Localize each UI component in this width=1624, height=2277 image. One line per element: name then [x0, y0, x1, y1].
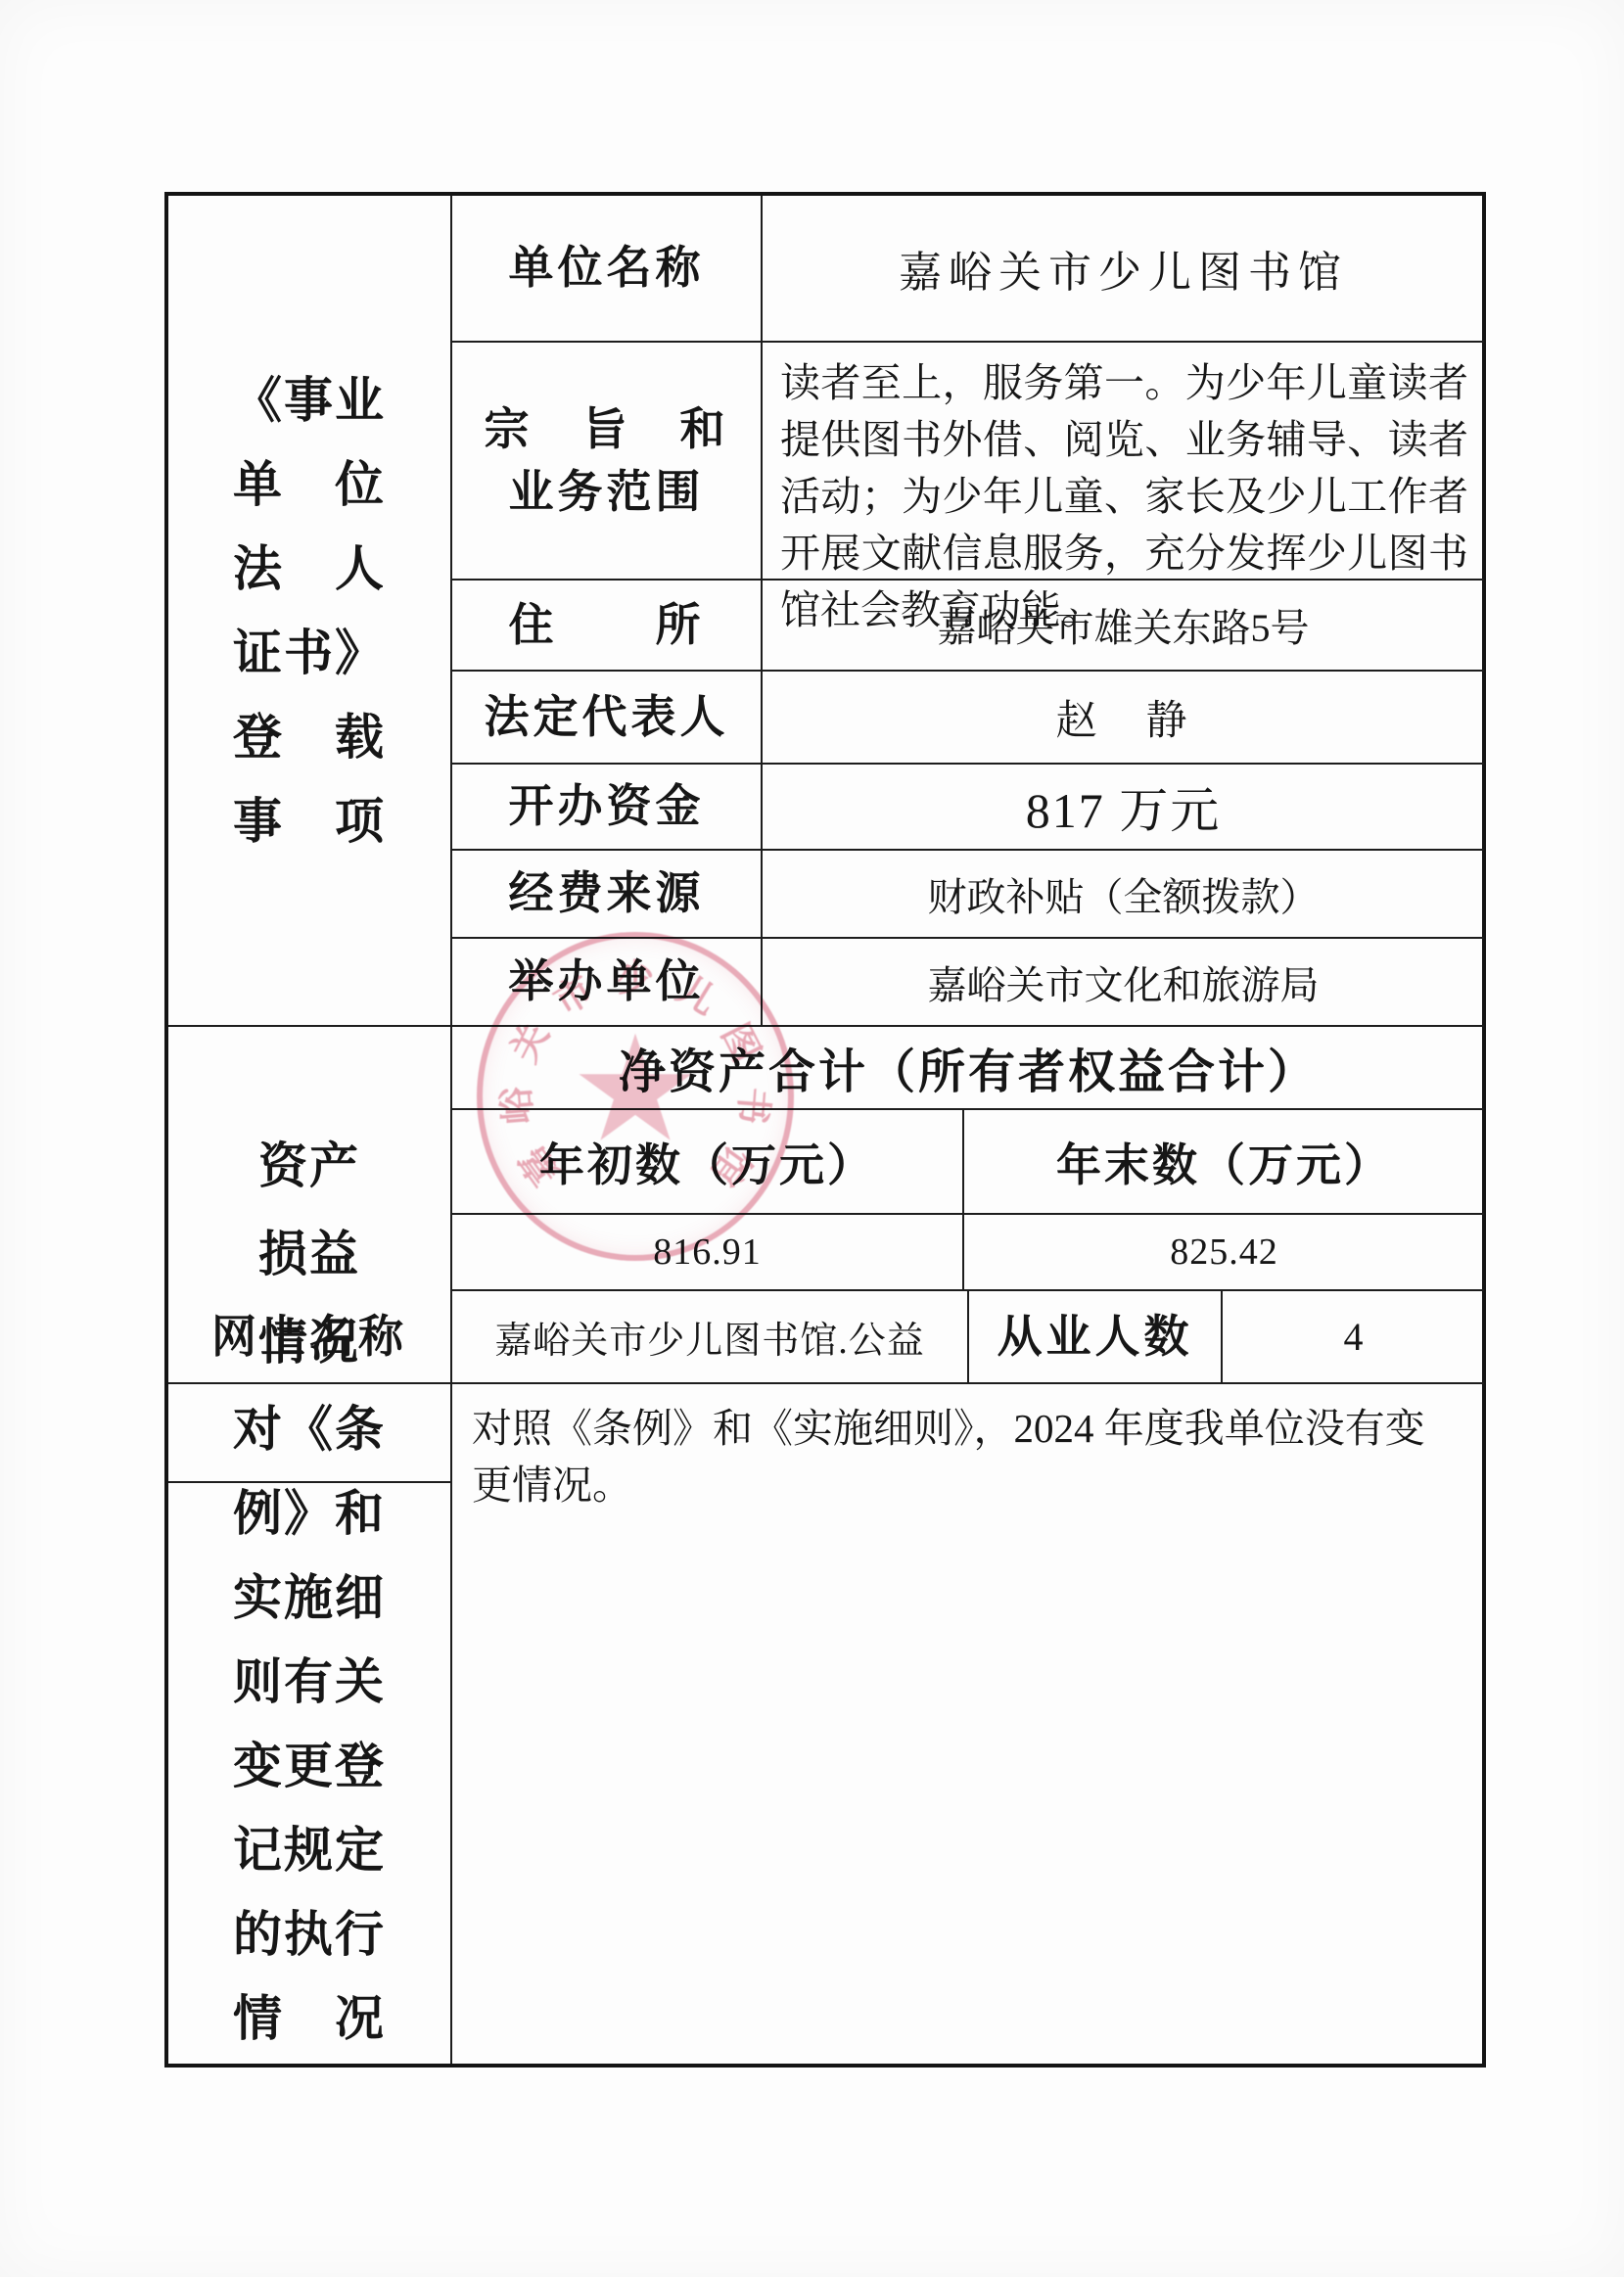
- scanned-document-page: { "doc": { "cert_section_label": "《事业\n单…: [0, 0, 1624, 2277]
- address-label: 住 所: [452, 581, 763, 672]
- year-end-value: 825.42: [964, 1215, 1484, 1291]
- mission-label: 宗 旨 和 业务范围: [452, 343, 763, 581]
- funding-value: 财政补贴（全额拨款）: [763, 851, 1484, 939]
- organizer-label: 举办单位: [452, 939, 763, 1027]
- address-value: 嘉峪关市雄关东路5号: [763, 581, 1484, 672]
- unit-name-value: 嘉峪关市少儿图书馆: [763, 196, 1484, 343]
- registration-report-table: 《事业 单 位 法 人 证书》 登 载 事 项 单位名称 嘉峪关市少儿图书馆 宗…: [164, 192, 1486, 2068]
- online-name-label: 网上名称: [168, 1291, 452, 1384]
- funding-label: 经费来源: [452, 851, 763, 939]
- cert-section-label: 《事业 单 位 法 人 证书》 登 载 事 项: [168, 196, 452, 1027]
- compliance-statement: 对照《条例》和《实施细则》，2024 年度我单位没有变更情况。: [452, 1384, 1484, 2064]
- year-begin-header: 年初数（万元）: [452, 1110, 964, 1215]
- legal-rep-label: 法定代表人: [452, 672, 763, 765]
- staff-count-label: 从业人数: [969, 1291, 1223, 1384]
- capital-label: 开办资金: [452, 765, 763, 851]
- compliance-section-label: 对《条 例》和 实施细 则有关 变更登 记规定 的执行 情 况: [168, 1384, 452, 2064]
- online-name-value: 嘉峪关市少儿图书馆.公益: [452, 1291, 969, 1384]
- unit-name-label: 单位名称: [452, 196, 763, 343]
- capital-value: 817 万元: [763, 765, 1484, 851]
- year-begin-value: 816.91: [452, 1215, 964, 1291]
- year-end-header: 年末数（万元）: [964, 1110, 1484, 1215]
- staff-count-value: 4: [1223, 1291, 1484, 1384]
- net-assets-header: 净资产合计（所有者权益合计）: [452, 1027, 1484, 1110]
- mission-value: 读者至上，服务第一。为少年儿童读者提供图书外借、阅览、业务辅导、读者活动；为少年…: [763, 343, 1484, 581]
- legal-rep-value: 赵 静: [763, 672, 1484, 765]
- organizer-value: 嘉峪关市文化和旅游局: [763, 939, 1484, 1027]
